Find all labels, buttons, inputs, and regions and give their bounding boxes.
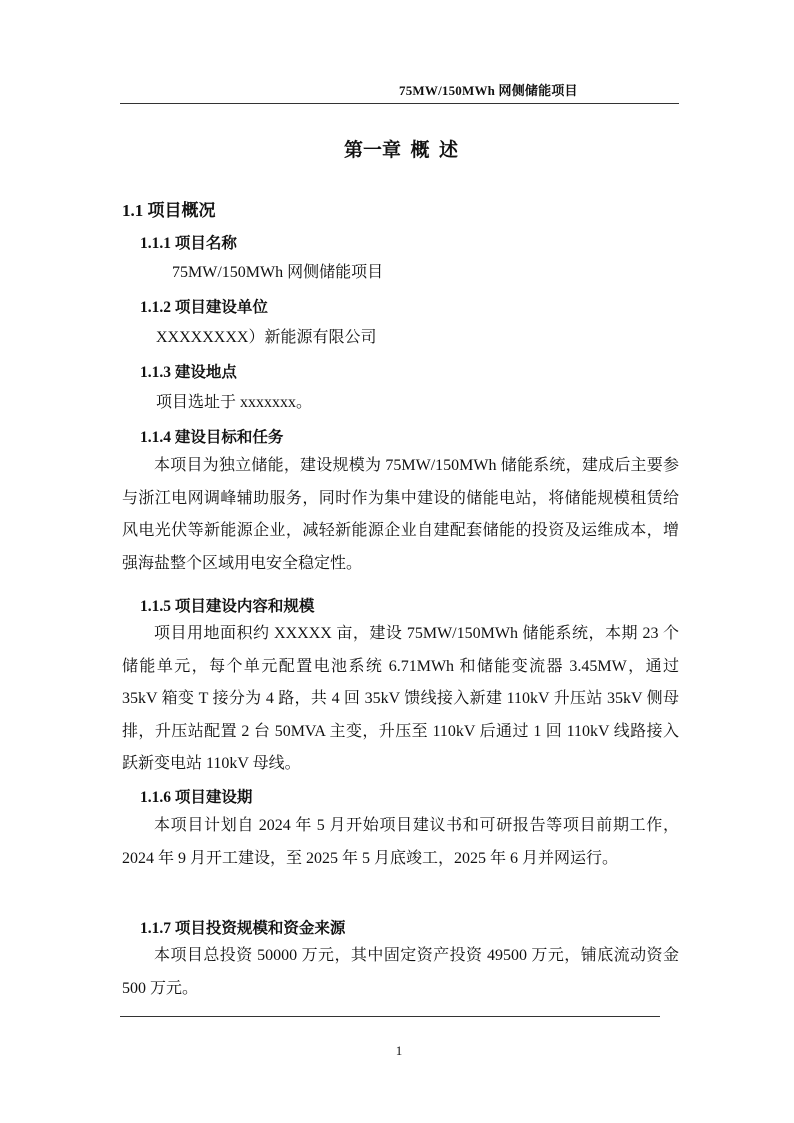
subsection-heading-1-1-1: 1.1.1 项目名称 bbox=[140, 231, 237, 253]
chapter-title: 第一章 概 述 bbox=[0, 135, 794, 162]
goals-paragraph: 本项目为独立储能，建设规模为 75MW/150MWh 储能系统，建成后主要参与浙… bbox=[122, 450, 679, 580]
construction-site: 项目选址于 xxxxxxx。 bbox=[156, 387, 312, 419]
investment-paragraph: 本项目总投资 50000 万元，其中固定资产投资 49500 万元，铺底流动资金… bbox=[122, 940, 679, 1005]
project-name: 75MW/150MWh 网侧储能项目 bbox=[172, 257, 383, 289]
scope-paragraph: 项目用地面积约 XXXXX 亩，建设 75MW/150MWh 储能系统，本期 2… bbox=[122, 618, 679, 781]
subsection-heading-1-1-7: 1.1.7 项目投资规模和资金来源 bbox=[140, 916, 345, 938]
header-divider bbox=[120, 103, 679, 104]
footer-divider bbox=[120, 1016, 660, 1017]
page-number: 1 bbox=[0, 1043, 794, 1059]
subsection-heading-1-1-4: 1.1.4 建设目标和任务 bbox=[140, 425, 283, 447]
schedule-paragraph: 本项目计划自 2024 年 5 月开始项目建议书和可研报告等项目前期工作，202… bbox=[122, 810, 679, 875]
section-heading-1-1: 1.1 项目概况 bbox=[122, 196, 216, 221]
subsection-heading-1-1-6: 1.1.6 项目建设期 bbox=[140, 785, 252, 807]
subsection-heading-1-1-5: 1.1.5 项目建设内容和规模 bbox=[140, 594, 314, 616]
subsection-heading-1-1-2: 1.1.2 项目建设单位 bbox=[140, 295, 268, 317]
construction-unit: XXXXXXXX）新能源有限公司 bbox=[156, 322, 376, 354]
subsection-heading-1-1-3: 1.1.3 建设地点 bbox=[140, 360, 237, 382]
running-title: 75MW/150MWh 网侧储能项目 bbox=[399, 80, 578, 99]
